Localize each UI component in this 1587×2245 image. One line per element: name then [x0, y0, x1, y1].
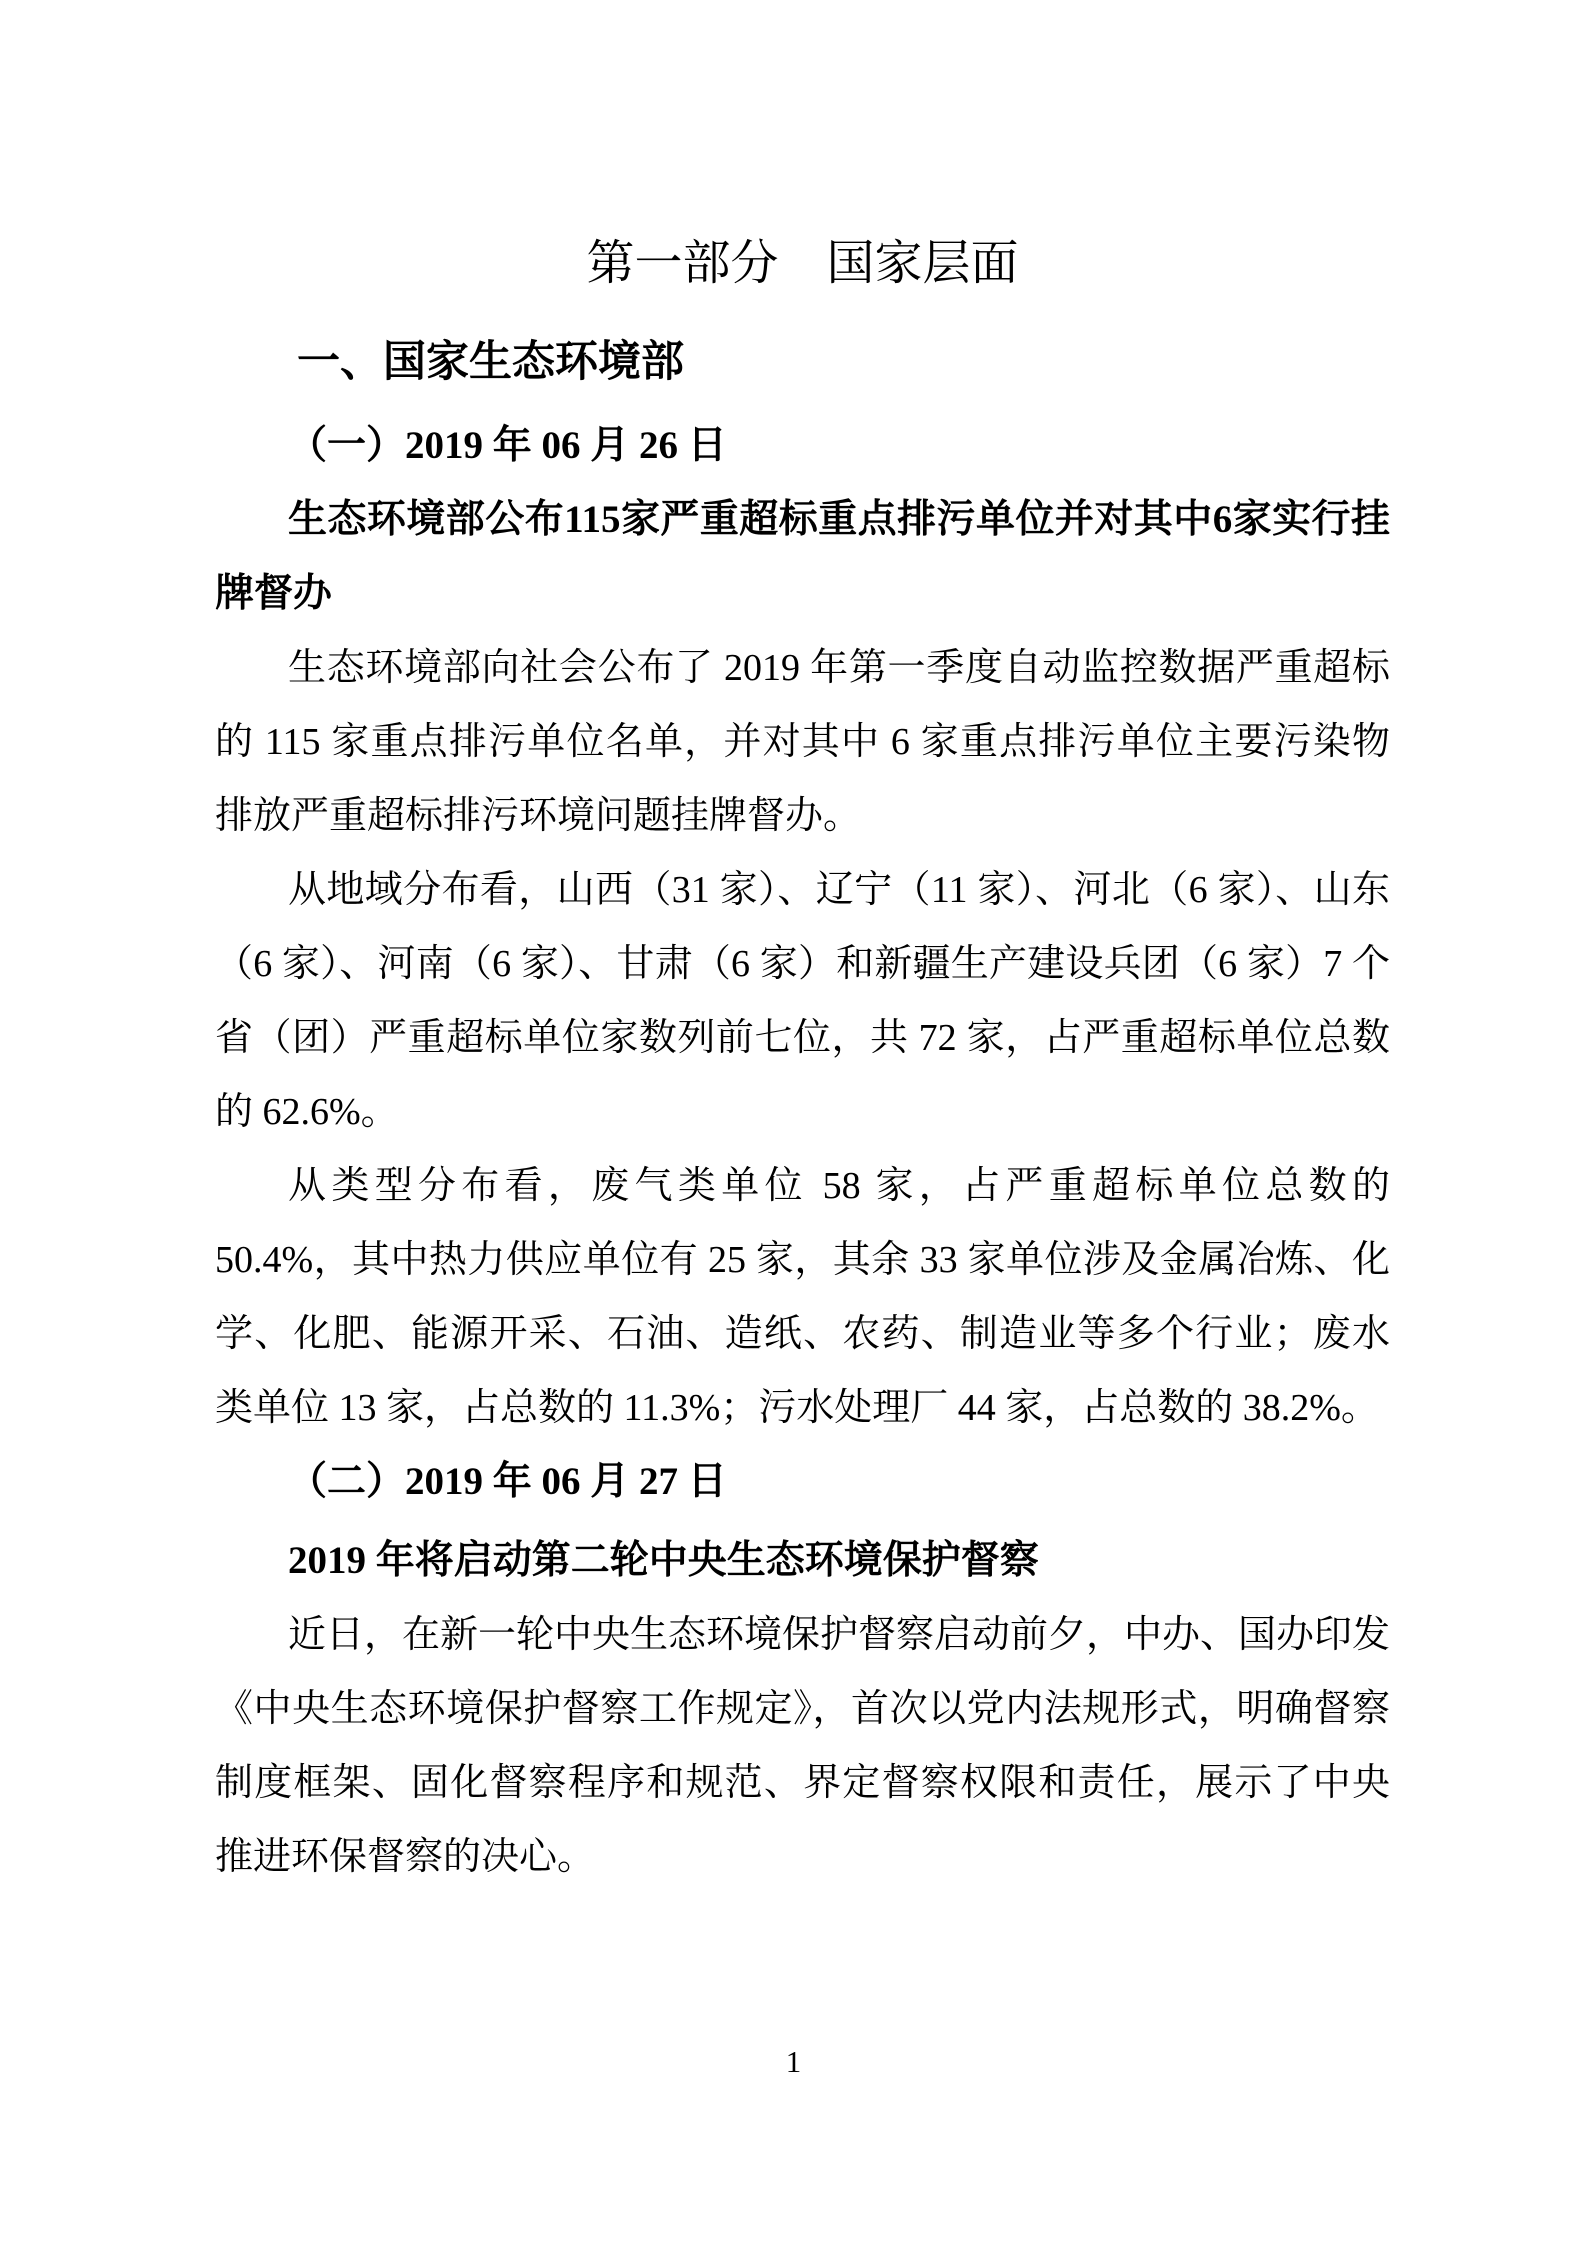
entry-2-paragraph-1: 近日，在新一轮中央生态环境保护督察启动前夕，中办、国办印发《中央生态环境保护督察…: [215, 1598, 1390, 1894]
entry-1-headline: 生态环境部公布115家严重超标重点排污单位并对其中6家实行挂牌督办: [215, 483, 1390, 631]
entry-1-date-heading: （一）2019 年 06 月 26 日: [215, 409, 1390, 483]
section-heading: 一、国家生态环境部: [215, 326, 1390, 400]
entry-1-paragraph-3: 从类型分布看，废气类单位 58 家，占严重超标单位总数的 50.4%，其中热力供…: [215, 1149, 1390, 1445]
entry-2-date-heading: （二）2019 年 06 月 27 日: [215, 1445, 1390, 1519]
document-title: 第一部分 国家层面: [215, 227, 1390, 301]
entry-1-paragraph-2: 从地域分布看，山西（31 家）、辽宁（11 家）、河北（6 家）、山东（6 家）…: [215, 853, 1390, 1149]
page-number: 1: [0, 2042, 1587, 2082]
entry-2-headline: 2019 年将启动第二轮中央生态环境保护督察: [215, 1524, 1390, 1598]
document-page: 第一部分 国家层面 一、国家生态环境部 （一）2019 年 06 月 26 日 …: [0, 0, 1587, 2245]
entry-1-paragraph-1: 生态环境部向社会公布了 2019 年第一季度自动监控数据严重超标的 115 家重…: [215, 631, 1390, 853]
